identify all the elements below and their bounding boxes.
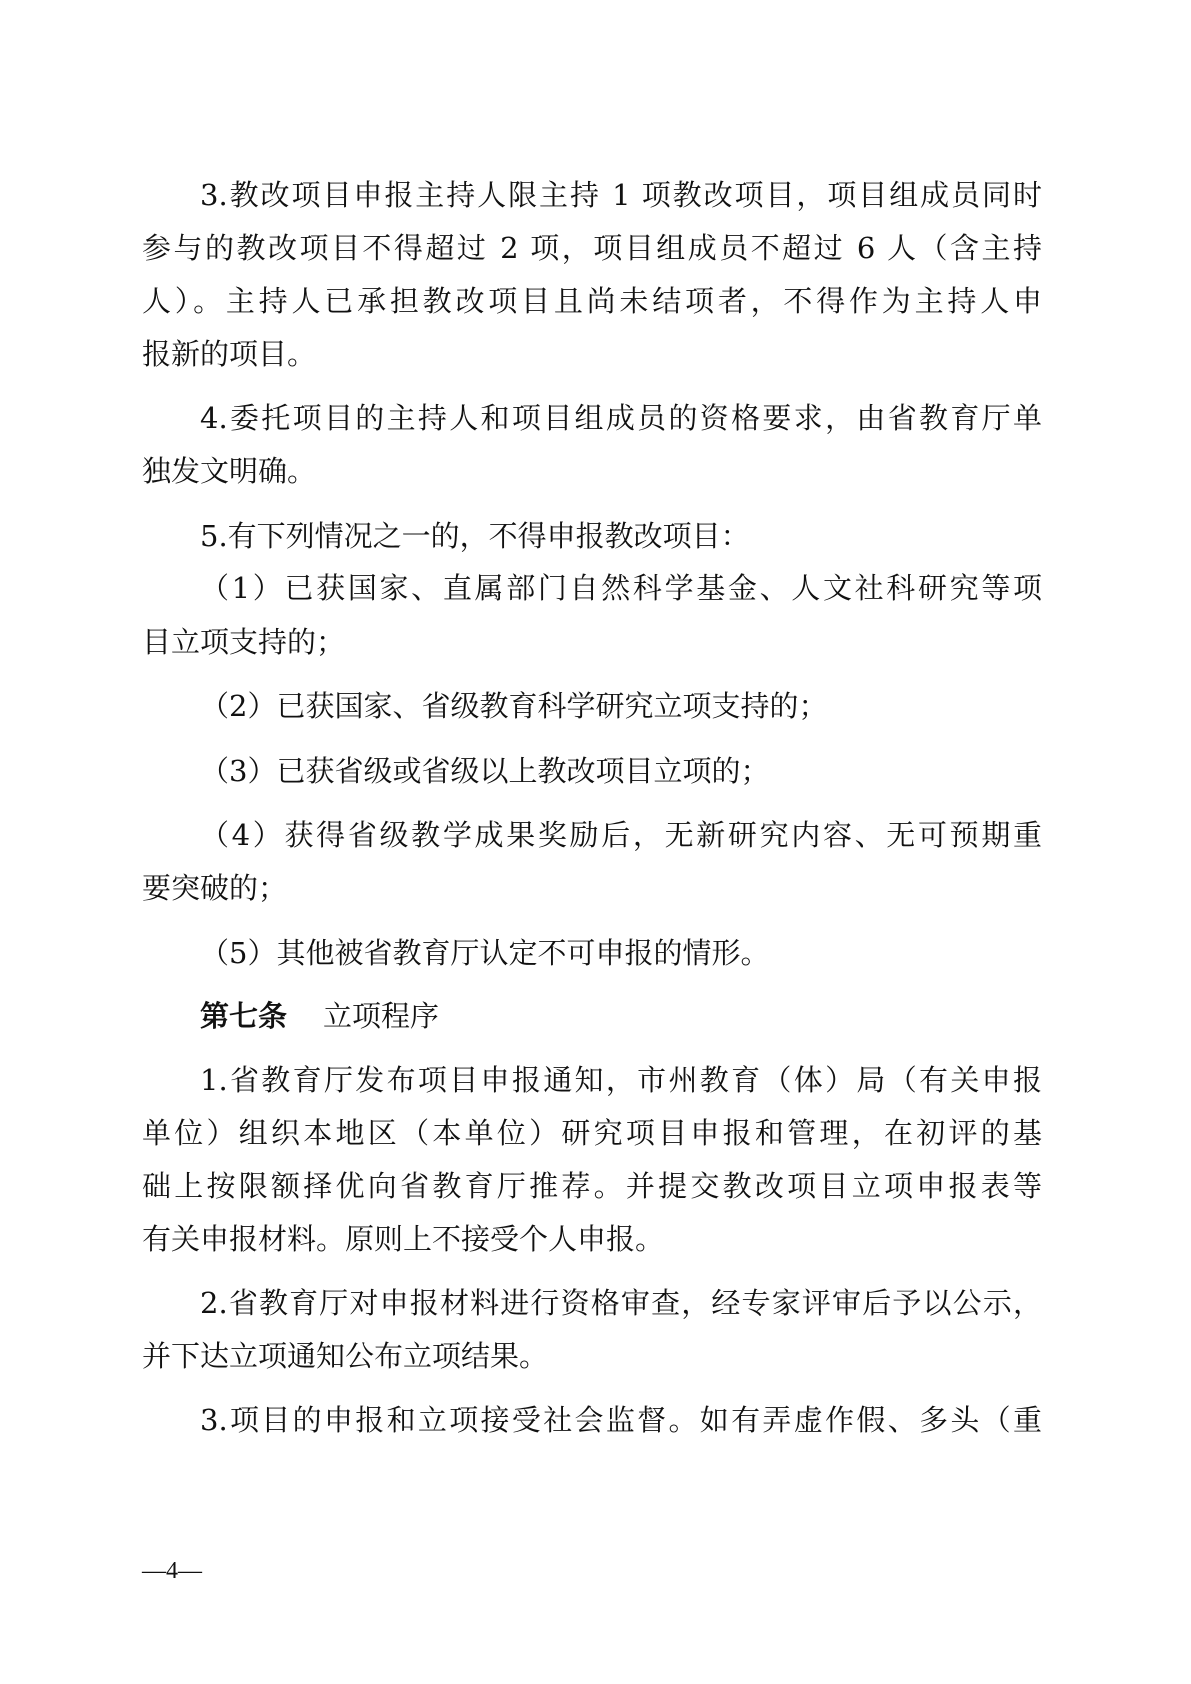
article-7-para-1-line-2: 单位）组织本地区（本单位）研究项目申报和管理，在初评的基 — [142, 1113, 1042, 1153]
item-1-line-1: （1）已获国家、直属部门自然科学基金、人文社科研究等项 — [200, 568, 1042, 608]
article-7-title: 立项程序 — [323, 999, 439, 1033]
paragraph-3-line-2: 参与的教改项目不得超过 2 项，项目组成员不超过 6 人（含主持 — [142, 228, 1042, 268]
item-2-line-1: （2）已获国家、省级教育科学研究立项支持的； — [200, 686, 827, 726]
item-3-line-1: （3）已获省级或省级以上教改项目立项的； — [200, 751, 769, 791]
paragraph-4-line-1: 4.委托项目的主持人和项目组成员的资格要求，由省教育厅单 — [200, 398, 1042, 438]
paragraph-3-line-3: 人）。主持人已承担教改项目且尚未结项者，不得作为主持人申 — [142, 281, 1042, 321]
paragraph-5-line-1: 5.有下列情况之一的，不得申报教改项目： — [200, 516, 750, 556]
article-7-para-2-line-1: 2.省教育厅对申报材料进行资格审查，经专家评审后予以公示， — [200, 1283, 1042, 1323]
item-4-line-2: 要突破的； — [142, 868, 287, 908]
article-7-para-1-line-4: 有关申报材料。原则上不接受个人申报。 — [142, 1219, 664, 1259]
paragraph-4-line-2: 独发文明确。 — [142, 451, 316, 491]
article-7-heading: 第七条立项程序 — [200, 996, 439, 1036]
paragraph-3-line-4: 报新的项目。 — [142, 334, 316, 374]
item-4-line-1: （4）获得省级教学成果奖励后，无新研究内容、无可预期重 — [200, 815, 1042, 855]
article-7-para-1-line-3: 础上按限额择优向省教育厅推荐。并提交教改项目立项申报表等 — [142, 1166, 1042, 1206]
item-5-line-1: （5）其他被省教育厅认定不可申报的情形。 — [200, 933, 769, 973]
article-7-para-3-line-1: 3.项目的申报和立项接受社会监督。如有弄虚作假、多头（重 — [200, 1400, 1042, 1440]
document-page: 3.教改项目申报主持人限主持 1 项教改项目，项目组成员同时 参与的教改项目不得… — [0, 0, 1191, 1684]
item-1-line-2: 目立项支持的； — [142, 622, 345, 662]
article-7-number: 第七条 — [200, 999, 287, 1033]
article-7-para-1-line-1: 1.省教育厅发布项目申报通知，市州教育（体）局（有关申报 — [200, 1060, 1042, 1100]
article-7-para-2-line-2: 并下达立项通知公布立项结果。 — [142, 1336, 548, 1376]
page-number: —4— — [142, 1556, 202, 1586]
paragraph-3-line-1: 3.教改项目申报主持人限主持 1 项教改项目，项目组成员同时 — [200, 175, 1042, 215]
